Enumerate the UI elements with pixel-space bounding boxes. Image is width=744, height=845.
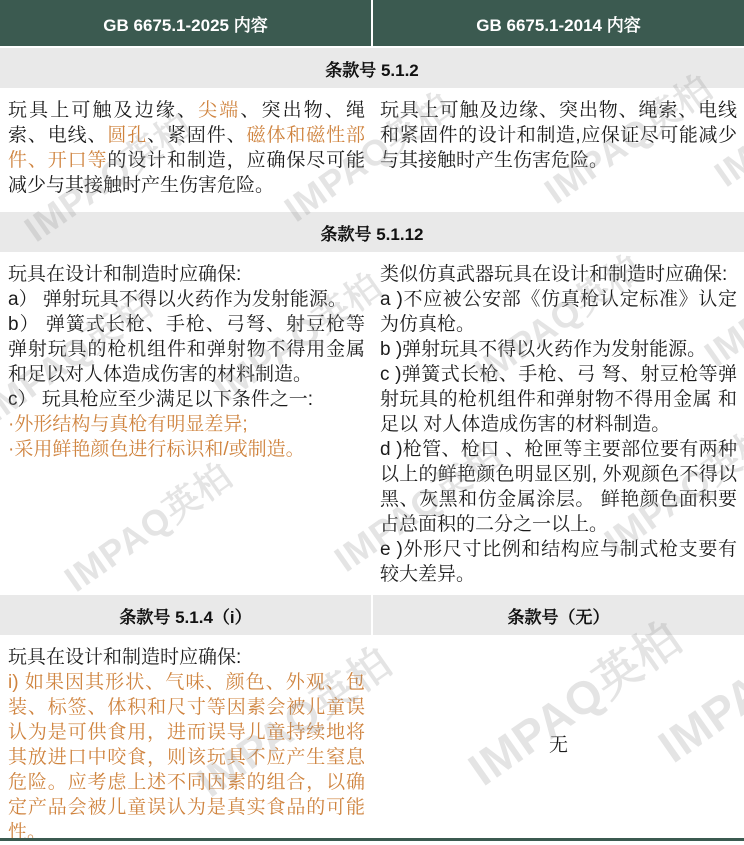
paragraph: c )弹簧式长枪、手枪、弓 弩、射豆枪等弹射玩具的枪机组件和弹射物不得用金属 和… (380, 362, 737, 437)
text-segment: 玩具上可触及边缘、 (8, 100, 198, 121)
header-gb-2014: GB 6675.1-2014 内容 (371, 0, 744, 46)
highlighted-text-segment: 尖端 (198, 100, 240, 121)
clause-5-1-12-row: 玩具在设计和制造时应确保: a） 弹射玩具不得以火药作为发射能源。 b） 弹簧式… (0, 252, 744, 595)
none-label: 无 (549, 733, 568, 758)
paragraph: 玩具在设计和制造时应确保: (8, 645, 365, 670)
paragraph: 玩具上可触及边缘、突出物、绳索、电线和紧固件的设计和制造,应保证尽可能减少与其接… (380, 98, 737, 173)
highlighted-text-segment: 圆孔 (107, 125, 147, 146)
paragraph: 玩具在设计和制造时应确保: (8, 262, 365, 287)
clause-5-1-4-row: 玩具在设计和制造时应确保: i) 如果因其形状、气味、颜色、外观、包装、标签、体… (0, 635, 744, 845)
clause-5-1-2-2025-text: 玩具上可触及边缘、尖端、突出物、绳索、电线、圆孔、紧固件、磁体和磁性部件、开口等… (0, 88, 372, 212)
bottom-border-line (0, 838, 744, 841)
paragraph: b )弹射玩具不得以火药作为发射能源。 (380, 337, 737, 362)
clause-5-1-2-row: 玩具上可触及边缘、尖端、突出物、绳索、电线、圆孔、紧固件、磁体和磁性部件、开口等… (0, 88, 744, 212)
standards-comparison-table: IMPAQ英柏 IMPAQ英柏 IMPAQ英柏 IMPAQ英柏 IMPAQ英柏 … (0, 0, 744, 845)
clause-5-1-12-2014-text: 类似仿真武器玩具在设计和制造时应确保: a )不应被公安部《仿真枪认定标准》认定… (372, 252, 744, 595)
paragraph: b） 弹簧式长枪、手枪、弓弩、射豆枪等弹射玩具的枪机组件和弹射物不得用金属和足以… (8, 312, 365, 387)
clause-band-split-row: 条款号 5.1.4（i） 条款号（无） (0, 595, 744, 635)
clause-5-1-4-2014-none: 无 (372, 635, 744, 845)
highlighted-paragraph: i) 如果因其形状、气味、颜色、外观、包装、标签、体积和尺寸等因素会被儿童误认为… (8, 670, 365, 845)
paragraph: 类似仿真武器玩具在设计和制造时应确保: (380, 262, 737, 287)
highlighted-paragraph: ·采用鲜艳颜色进行标识和/或制造。 (8, 437, 365, 462)
clause-5-1-12-2025-text: 玩具在设计和制造时应确保: a） 弹射玩具不得以火药作为发射能源。 b） 弹簧式… (0, 252, 372, 595)
highlighted-paragraph: ·外形结构与真枪有明显差异; (8, 412, 365, 437)
paragraph: d )枪管、枪口 、枪匣等主要部位要有两种以上的鲜艳颜色明显区别, 外观颜色不得… (380, 437, 737, 537)
text-segment: 、紧固件、 (147, 125, 246, 146)
clause-5-1-4-2025-text: 玩具在设计和制造时应确保: i) 如果因其形状、气味、颜色、外观、包装、标签、体… (0, 635, 372, 845)
clause-band-5-1-2: 条款号 5.1.2 (0, 48, 744, 88)
paragraph: e )外形尺寸比例和结构应与制式枪支要有较大差异。 (380, 537, 737, 587)
paragraph: c） 玩具枪应至少满足以下条件之一: (8, 387, 365, 412)
table-header-row: GB 6675.1-2025 内容 GB 6675.1-2014 内容 (0, 0, 744, 46)
clause-band-5-1-4-i: 条款号 5.1.4（i） (0, 595, 371, 635)
header-gb-2025: GB 6675.1-2025 内容 (0, 0, 371, 46)
clause-band-none: 条款号（无） (371, 595, 744, 635)
paragraph: a )不应被公安部《仿真枪认定标准》认定为仿真枪。 (380, 287, 737, 337)
clause-band-5-1-12: 条款号 5.1.12 (0, 212, 744, 252)
paragraph: a） 弹射玩具不得以火药作为发射能源。 (8, 287, 365, 312)
clause-5-1-2-2014-text: 玩具上可触及边缘、突出物、绳索、电线和紧固件的设计和制造,应保证尽可能减少与其接… (372, 88, 744, 212)
